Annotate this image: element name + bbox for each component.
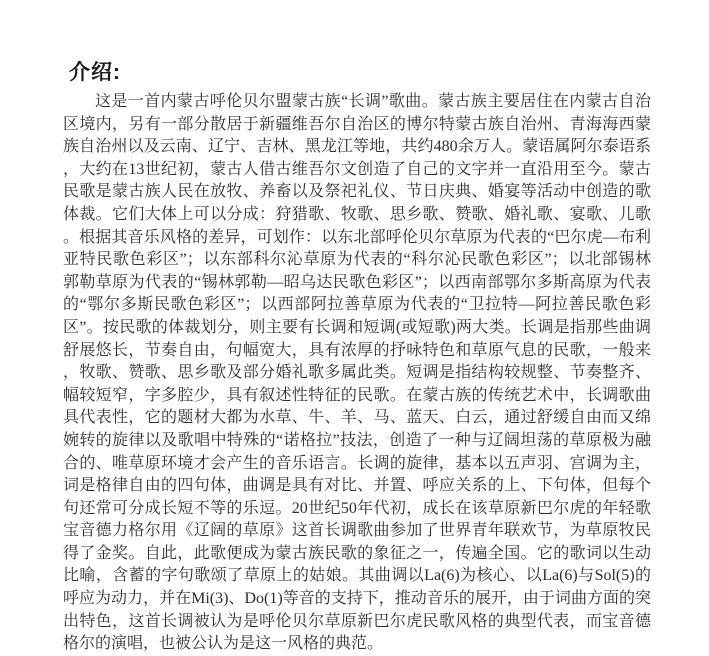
page-title: 介绍: [69, 60, 709, 86]
text-line: 民歌是蒙古族人民在放牧、养畜以及祭祀礼仪、节日庆典、婚宴等活动中创造的歌唱 [63, 181, 651, 204]
document-page: 介绍: 这是一首内蒙古呼伦贝尔盟蒙古族“长调”歌曲。蒙古族主要居住在内蒙古自治区… [0, 0, 709, 656]
text-line: 区境内，另有一部分散居于新疆维吾尔自治区的博尔特蒙古族自治州、青海海西蒙古 [63, 114, 651, 137]
text-line: 这是一首内蒙古呼伦贝尔盟蒙古族“长调”歌曲。蒙古族主要居住在内蒙古自治 [63, 91, 651, 114]
text-line: 句还常可分成长短不等的乐逗。20世纪50年代初，成长在该草原新巴尔虎的年轻歌手 [63, 498, 651, 521]
text-line: ，牧歌、赞歌、思乡歌及部分婚礼歌多属此类。短调是指结构较规整、节奏整齐、句 [63, 362, 651, 385]
text-line: 宝音德力格尔用《辽阔的草原》这首长调歌曲参加了世界青年联欢节，为草原牧民赢 [63, 520, 651, 543]
text-line: 合的、唯草原环境才会产生的音乐语言。长调的旋律，基本以五声羽、宫调为主，唱 [63, 453, 651, 476]
text-line: 族自治州以及云南、辽宁、吉林、黑龙江等地，共约480余万人。蒙语属阿尔泰语系 [63, 136, 651, 159]
text-line: 。根据其音乐风格的差异，可划作：以东北部呼伦贝尔草原为代表的“巴尔虎—布利 [63, 227, 651, 250]
text-line: 亚特民歌色彩区”；以东部科尔沁草原为代表的“科尔沁民歌色彩区”；以北部锡林 [63, 249, 651, 272]
text-line: 词是格律自由的四句体，曲调是具有对比、并置、呼应关系的上、下句体，但每个乐 [63, 475, 651, 498]
intro-paragraph: 这是一首内蒙古呼伦贝尔盟蒙古族“长调”歌曲。蒙古族主要居住在内蒙古自治区境内，另… [63, 91, 651, 656]
text-line: 婉转的旋律以及歌唱中特殊的“诺格拉”技法，创造了一种与辽阔坦荡的草原极为融 [63, 430, 651, 453]
text-line: 区”。按民歌的体裁划分，则主要有长调和短调(或短歌)两大类。长调是指那些曲调 [63, 317, 651, 340]
text-line: 出特色，这首长调被认为是呼伦贝尔草原新巴尔虎民歌风格的典型代表，而宝音德力 [63, 611, 651, 634]
text-line: 具代表性，它的题材大都为水草、牛、羊、马、蓝天、白云，通过舒缓自由而又绵延 [63, 407, 651, 430]
text-line: 得了金奖。自此，此歌便成为蒙古族民歌的象征之一，传遍全国。它的歌词以生动的 [63, 543, 651, 566]
text-line: 郭勒草原为代表的“锡林郭勒—昭乌达民歌色彩区”；以西南部鄂尔多斯高原为代表 [63, 272, 651, 295]
text-line: 的“鄂尔多斯民歌色彩区”；以西部阿拉善草原为代表的“卫拉特—阿拉善民歌色彩 [63, 294, 651, 317]
text-line: 呼应为动力，并在Mi(3)、Do(1)等音的支持下，推动音乐的展开，由于词曲方面… [63, 588, 651, 611]
text-line: 体裁。它们大体上可以分成：狩猎歌、牧歌、思乡歌、赞歌、婚礼歌、宴歌、儿歌等 [63, 204, 651, 227]
text-line: 格尔的演唱，也被公认为是这一风格的典范。 [63, 633, 651, 656]
text-line: 幅较短窄，字多腔少，具有叙述性特征的民歌。在蒙古族的传统艺术中，长调歌曲最 [63, 385, 651, 408]
text-line: 舒展悠长，节奏自由，句幅宽大，具有浓厚的抒咏特色和草原气息的民歌，一般来说 [63, 340, 651, 363]
text-line: 比喻，含蓄的字句歌颂了草原上的姑娘。其曲调以La(6)为核心、以La(6)与So… [63, 565, 651, 588]
text-line: ，大约在13世纪初，蒙古人借古维吾尔文创造了自己的文字并一直沿用至今。蒙古族 [63, 159, 651, 182]
